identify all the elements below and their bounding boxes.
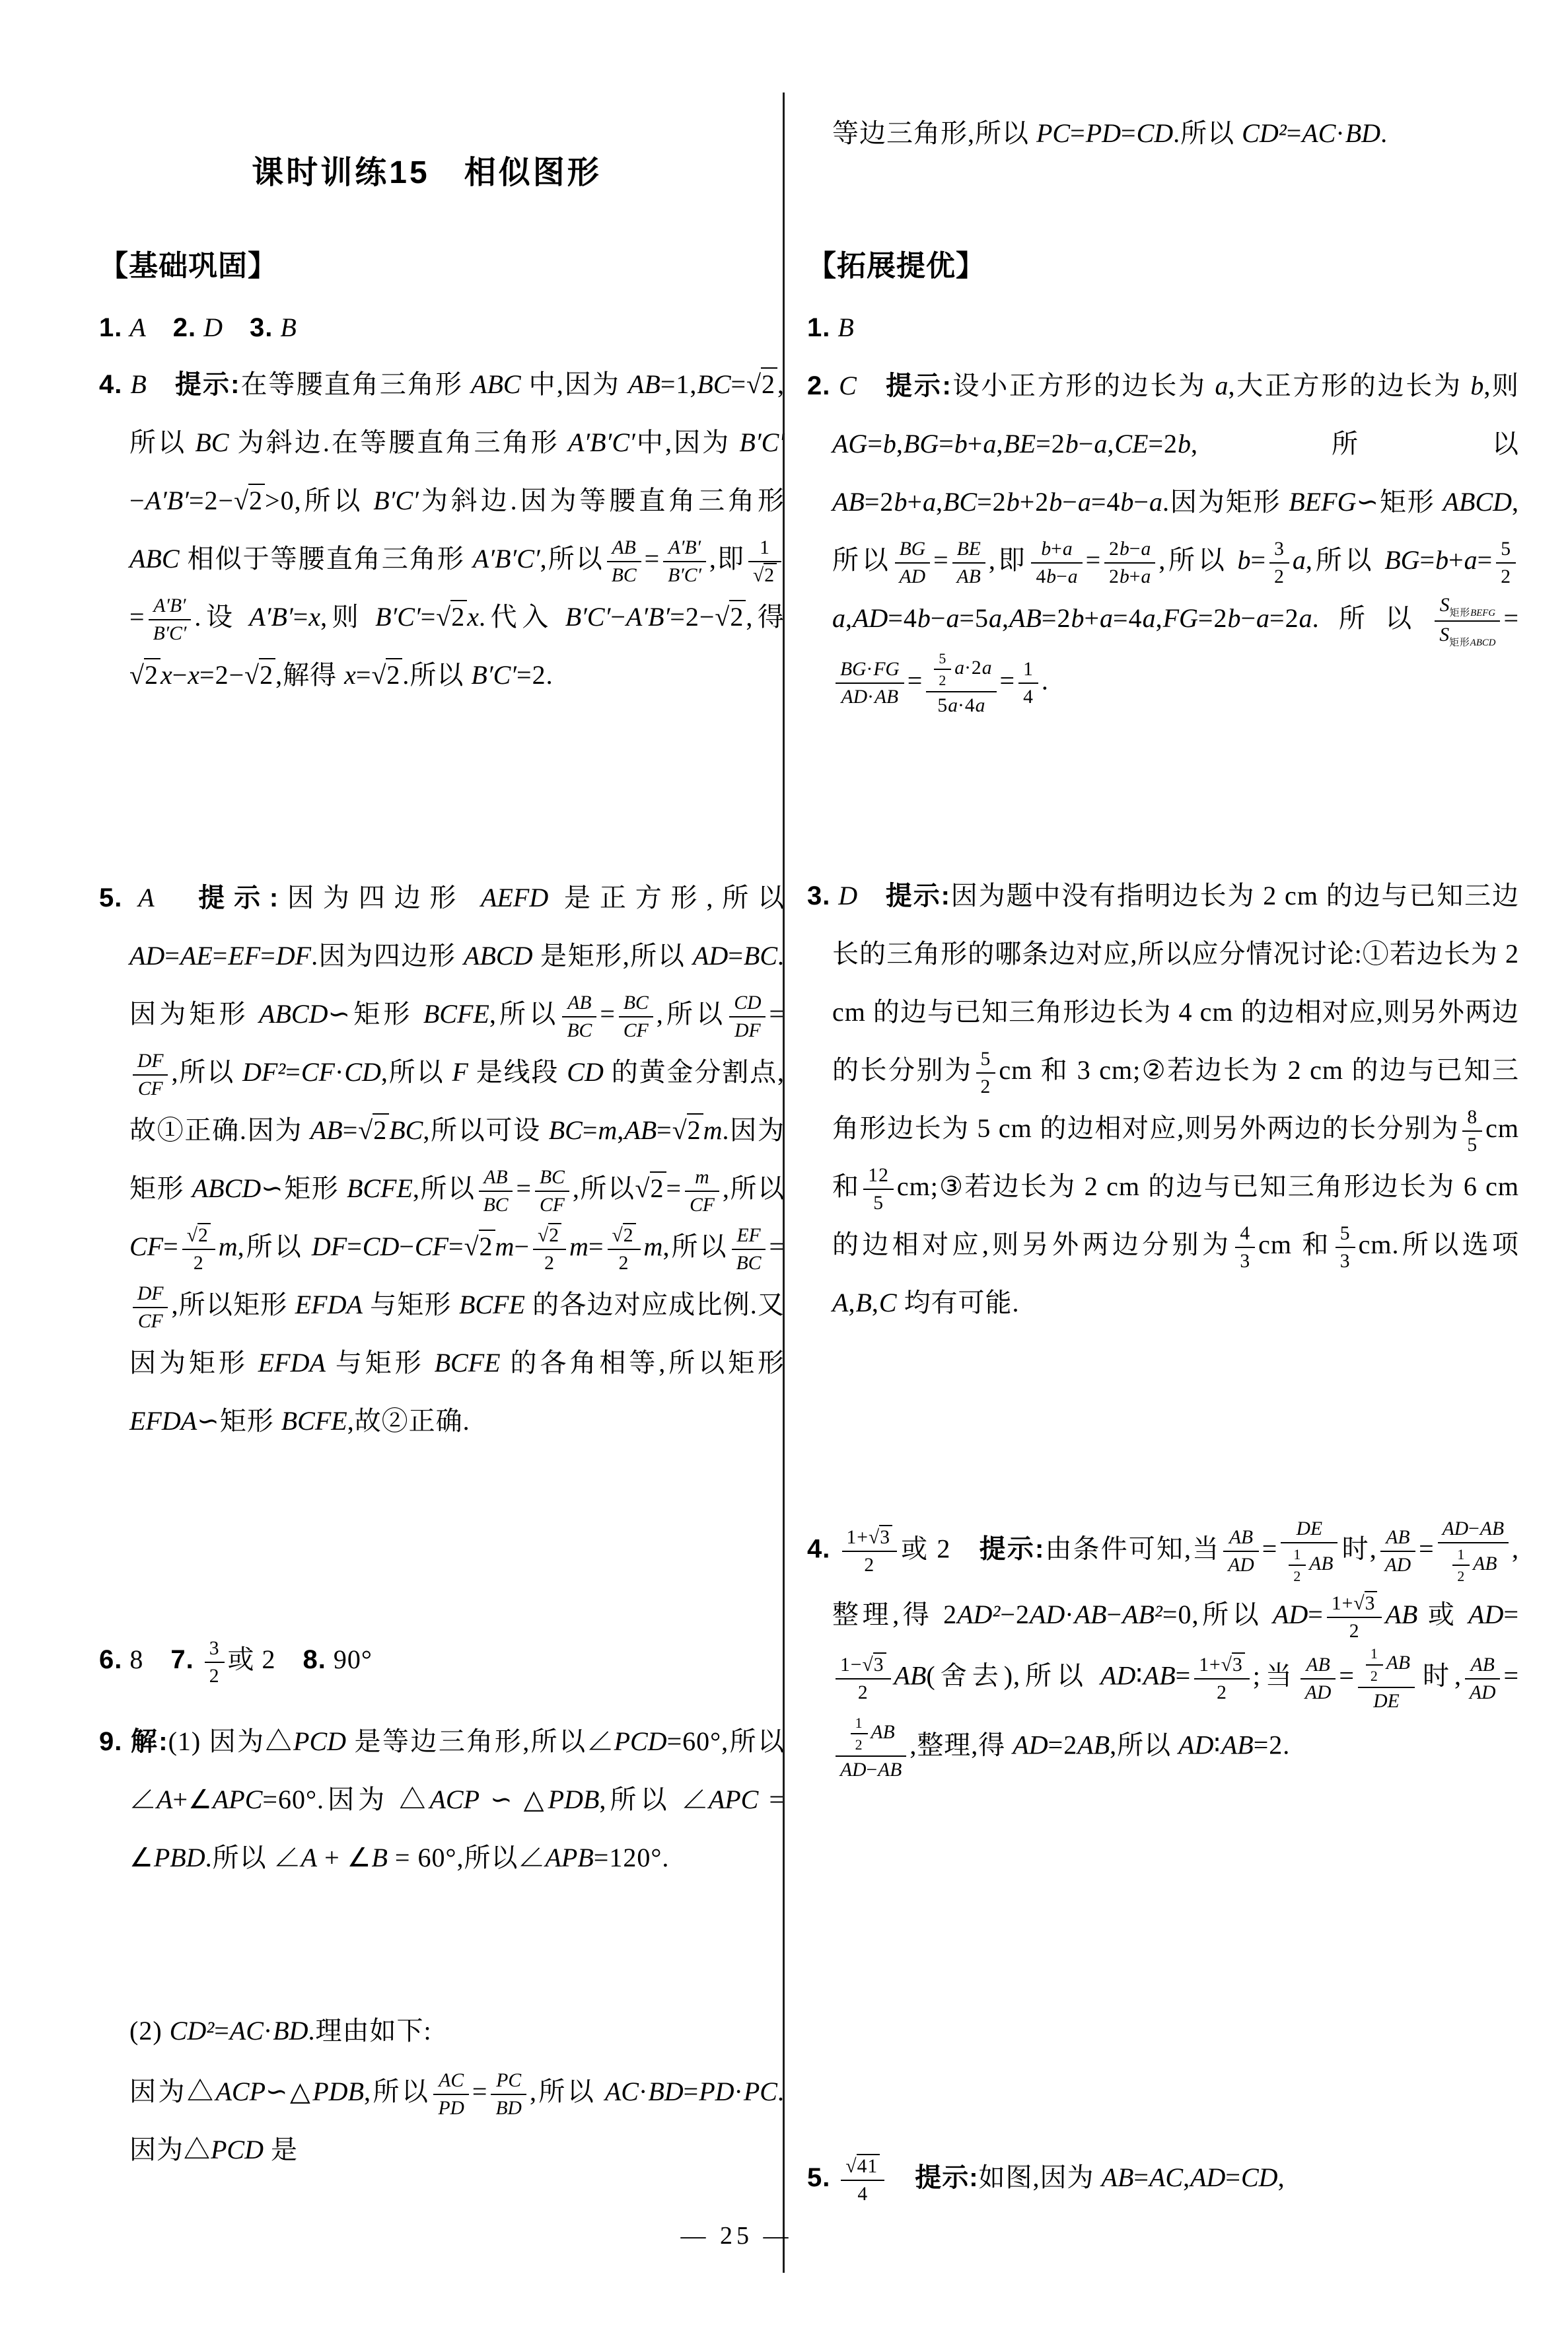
answers-row-1-3: 1. A 2. D 3. B — [99, 299, 754, 357]
workbook-page: { "page": { "title": "课时训练15 相似图形", "foo… — [0, 0, 1568, 2325]
column-divider-rule — [783, 92, 785, 2273]
answer-item-9-continuation: 等边三角形,所以 PC=PD=CD.所以 CD²=AC·BD. — [807, 104, 1519, 163]
answer-item-9-part3: 因为△ACP∽△PDB,所以ACPD=PCBD,所以 AC·BD=PD·PC.因… — [99, 2063, 785, 2179]
answer-item-9-part1: 9. 解:(1) 因为△PCD 是等边三角形,所以∠PCD=60°,所以∠A+∠… — [99, 1713, 785, 1887]
adv-answer-item-1: 1. B — [807, 299, 1494, 357]
adv-answer-item-3: 3. D 提示:因为题中没有指明边长为 2 cm 的边与已知三边长的三角形的哪条… — [807, 867, 1519, 1332]
answer-item-4: 4. B 提示:在等腰直角三角形 ABC 中,因为 AB=1,BC=√2,所以 … — [99, 355, 785, 704]
adv-answer-item-5: 5. √414 提示:如图,因为 AB=AC,AD=CD, — [807, 2149, 1519, 2207]
lesson-title: 课时训练15 相似图形 — [99, 147, 754, 192]
adv-answer-item-2: 2. C 提示:设小正方形的边长为 a,大正方形的边长为 b,则 AG=b,BG… — [807, 357, 1519, 718]
adv-answer-item-4: 4. 1+√32或 2 提示:由条件可知,当ABAD=DE12AB时,ABAD=… — [807, 1517, 1519, 1782]
answer-item-9-part2: (2) CD²=AC·BD.理由如下: — [99, 2002, 785, 2060]
answer-item-5: 5. A 提示:因为四边形 AEFD 是正方形,所以 AD=AE=EF=DF.因… — [99, 869, 785, 1450]
section-advanced-heading: 【拓展提优】 — [807, 242, 985, 284]
page-number: — 25 — — [598, 2221, 875, 2250]
section-basic-heading: 【基础巩固】 — [99, 242, 277, 284]
answers-row-6-8: 6. 8 7. 32或 2 8. 90° — [99, 1631, 754, 1689]
